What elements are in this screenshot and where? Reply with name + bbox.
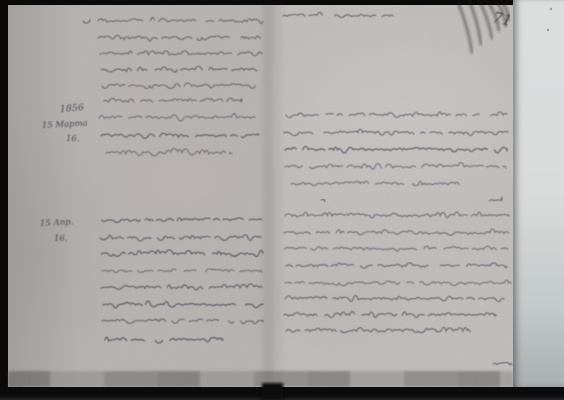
entry3-margin-day: 16. <box>54 234 68 244</box>
handwriting-overlay: 1856 15 Марта 16. 15 Апр. 16. 71 <box>0 0 564 400</box>
entry-year: 1856 <box>59 102 84 115</box>
photo-frame: 1856 15 Марта 16. 15 Апр. 16. 71 <box>0 0 564 400</box>
entry2-margin-day: 16. <box>66 134 80 144</box>
entry3-margin-date: 15 Апр. <box>40 217 74 229</box>
film-grain-texture <box>8 5 513 387</box>
